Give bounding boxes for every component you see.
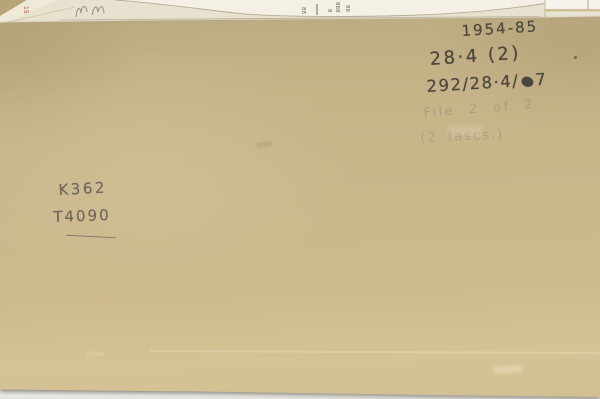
paper-scuff (494, 365, 522, 374)
annotation-class-mark: 28·4 (2) (429, 43, 522, 70)
annotation-year-range: 1954-85 (461, 17, 539, 40)
archive-folder-photo: 15 88 888 88 8 1954-85 28·4 (2) 292/28·4… (0, 0, 600, 399)
annotation-shelfmark-2: T4090 (53, 206, 111, 226)
annotation-reference: 292/28·4/7 (426, 70, 548, 96)
fold-crease (150, 350, 600, 354)
annotation-reference-suffix: 7 (535, 70, 548, 90)
eraser-smudge (448, 126, 482, 135)
annotation-shelfmark-1: K362 (58, 178, 107, 199)
ink-blot-scribble (520, 75, 534, 88)
folder-shadow-wrap: 1954-85 28·4 (2) 292/28·4/7 File 2 of 2 … (0, 0, 600, 399)
paper-scuff (86, 352, 104, 356)
pencil-smudge (256, 141, 273, 148)
ink-fleck (574, 56, 577, 59)
annotation-file-note: File 2 of 2 (423, 97, 536, 121)
annotation-reference-prefix: 292/28·4/ (426, 71, 520, 96)
shelfmark-underline (66, 235, 116, 239)
folder-cover: 1954-85 28·4 (2) 292/28·4/7 File 2 of 2 … (0, 0, 600, 399)
